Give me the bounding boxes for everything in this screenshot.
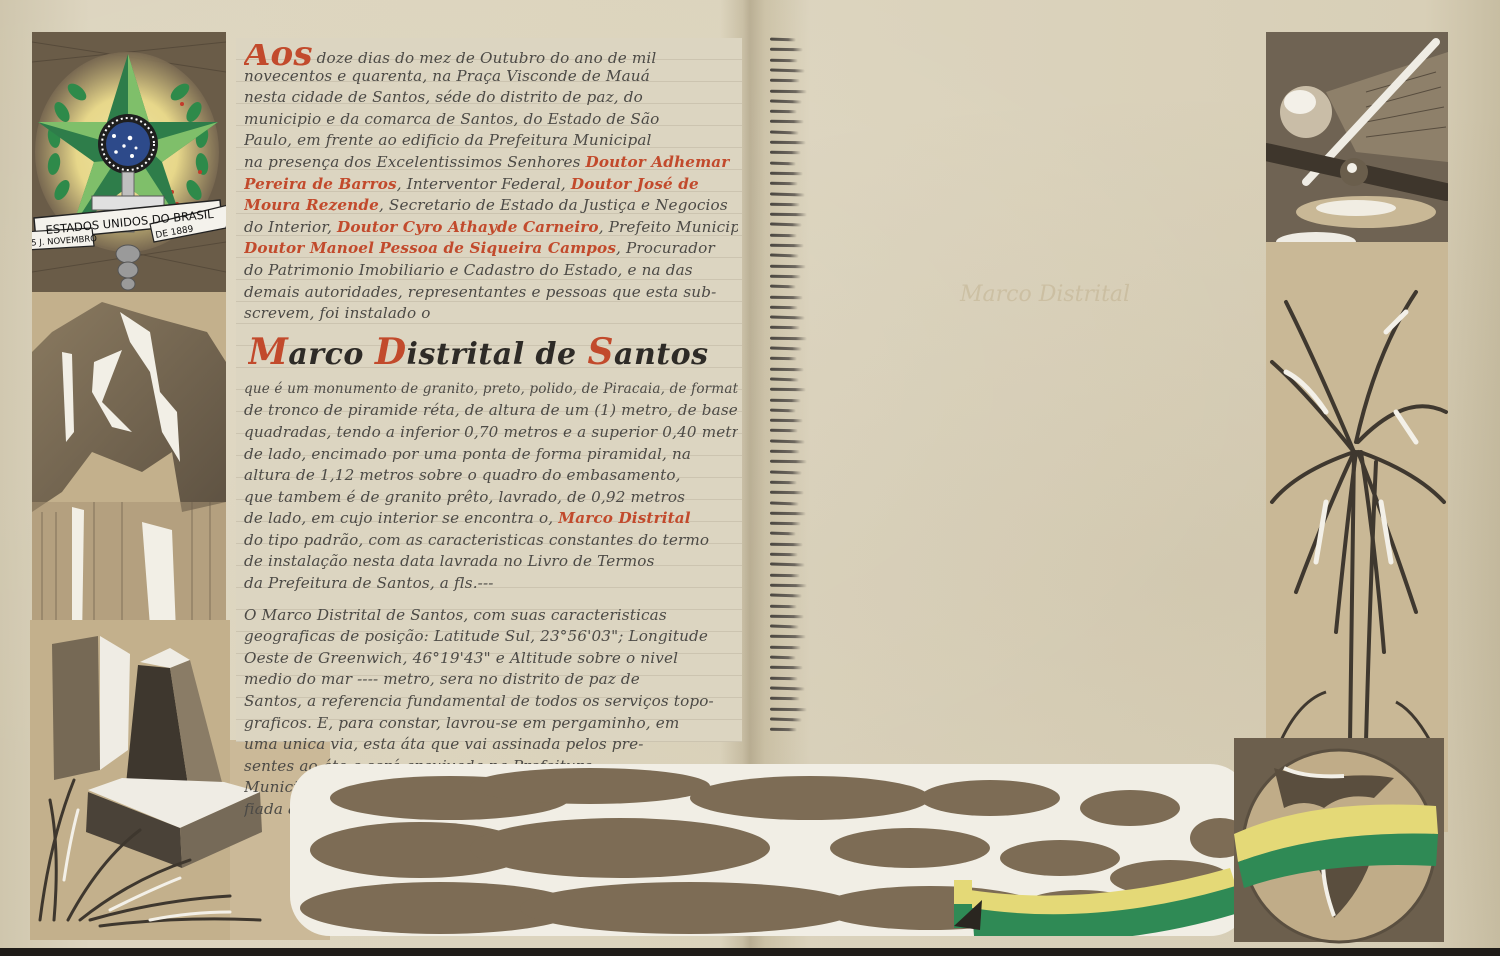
official-name: Moura Rezende xyxy=(244,196,379,214)
spine-hatch-stroke xyxy=(770,563,805,567)
spine-hatch-stroke xyxy=(770,439,805,443)
spine-hatch-stroke xyxy=(770,161,796,165)
spine-hatch-stroke xyxy=(770,388,806,392)
spine-hatch-stroke xyxy=(770,491,804,495)
spine-hatch-stroke xyxy=(770,501,799,505)
spine-hatch-stroke xyxy=(770,408,796,412)
spine-hatch-stroke xyxy=(770,532,796,536)
spine-hatch-stroke xyxy=(770,346,802,350)
official-name: Doutor Manoel Pessoa de Siqueira Campos xyxy=(244,239,616,257)
spine-hatch-stroke xyxy=(770,306,798,309)
spine-hatch-stroke xyxy=(770,594,802,598)
spine-hatch-stroke xyxy=(770,717,802,721)
spine-hatch-stroke xyxy=(770,120,804,124)
spine-hatch-stroke xyxy=(770,470,802,474)
spine-hatch-stroke xyxy=(770,625,799,629)
spine-hatch-stroke xyxy=(770,99,802,103)
spine-hatch-stroke xyxy=(770,697,800,701)
spine-hatch-stroke xyxy=(770,522,801,526)
spine-hatch-stroke xyxy=(770,151,801,155)
spine-hatch-stroke xyxy=(770,192,805,196)
spine-hatch-stroke xyxy=(770,460,807,464)
spine-hatch-stroke xyxy=(770,686,805,690)
spine-hatch-stroke xyxy=(770,645,801,649)
text-line: uma unica via, esta áta que vai assinada… xyxy=(244,734,738,756)
spine-hatch-stroke xyxy=(770,182,798,185)
text-line: Aosdoze dias do mez de Outubro do ano de… xyxy=(244,44,738,66)
spine-hatch-stroke xyxy=(770,336,807,340)
spine-hatch-stroke xyxy=(770,295,803,299)
spine-hatch-stroke xyxy=(770,326,800,330)
official-name: Pereira de Barros xyxy=(244,175,397,193)
spine-hatch-stroke xyxy=(770,511,806,515)
spine-hatch-stroke xyxy=(770,450,800,454)
spine-hatch-stroke xyxy=(770,584,807,588)
right-border-illustration xyxy=(1266,32,1448,832)
text-line: de tronco de piramide réta, de altura de… xyxy=(244,400,738,422)
spine-hatch-stroke xyxy=(770,58,798,61)
spine-hatch-stroke xyxy=(770,676,798,679)
text-line: Doutor Manoel Pessoa de Siqueira Campos,… xyxy=(244,238,738,260)
spine-hatch-stroke xyxy=(770,244,804,248)
spine-hatch-stroke xyxy=(770,68,805,72)
text-line: novecentos e quarenta, na Praça Visconde… xyxy=(244,66,738,88)
spine-hatch-stroke xyxy=(770,223,802,227)
text-line: Pereira de Barros, Interventor Federal, … xyxy=(244,174,738,196)
text-line: na presença dos Excelentissimos Senhores… xyxy=(244,152,738,174)
spine-hatch-stroke xyxy=(770,573,800,577)
text-line: altura de 1,12 metros sobre o quadro do … xyxy=(244,465,738,487)
drop-cap: Aos xyxy=(244,44,313,64)
text-line: municipio e da comarca de Santos, do Est… xyxy=(244,109,738,131)
text-line: de lado, encimado por uma ponta de forma… xyxy=(244,444,738,466)
spine-hatch-stroke xyxy=(770,377,799,381)
spine-hatch-stroke xyxy=(770,38,796,42)
spine-hatch-stroke xyxy=(770,553,798,556)
text-line: geograficas de posição: Latitude Sul, 23… xyxy=(244,626,738,648)
spine-hatching xyxy=(764,38,804,738)
text-line: quadradas, tendo a inferior 0,70 metros … xyxy=(244,422,738,444)
official-name: Doutor Cyro Athayde Carneiro xyxy=(337,218,599,236)
spine-hatch-stroke xyxy=(770,89,807,93)
spine-hatch-stroke xyxy=(770,357,797,360)
spine-hatch-stroke xyxy=(770,615,804,619)
text-page: Aosdoze dias do mez de Outubro do ano de… xyxy=(236,38,742,742)
spine-hatch-stroke xyxy=(770,429,798,432)
spine-hatch-stroke xyxy=(770,213,807,217)
spine-hatch-stroke xyxy=(770,285,796,289)
spine-hatch-stroke xyxy=(770,275,801,279)
text-line: O Marco Distrital de Santos, com suas ca… xyxy=(244,605,738,627)
spine-hatch-stroke xyxy=(770,367,804,371)
spine-hatch-stroke xyxy=(770,398,801,402)
airplane-propeller-icon xyxy=(1266,32,1448,252)
spine-hatch-stroke xyxy=(770,707,807,711)
spine-hatch-stroke xyxy=(770,264,806,268)
document-title: Marco Distrital de Santos xyxy=(248,327,738,377)
text-line: demais autoridades, representantes e pes… xyxy=(244,282,738,304)
text-line: da Prefeitura de Santos, a fls.--- xyxy=(244,573,738,595)
spine-hatch-stroke xyxy=(770,48,803,52)
text-line: Paulo, em frente ao edificio da Prefeitu… xyxy=(244,130,738,152)
sea-waves-illustration xyxy=(290,758,1250,936)
right-illustration-panel xyxy=(1266,32,1448,832)
text-line: Santos, a referencia fundamental de todo… xyxy=(244,691,738,713)
spine-hatch-stroke xyxy=(770,79,800,83)
spine-hatch-stroke xyxy=(770,141,806,145)
text-line: Moura Rezende, Secretario de Estado da J… xyxy=(244,195,738,217)
text-line: do tipo padrão, com as caracteristicas c… xyxy=(244,530,738,552)
document-text: Aosdoze dias do mez de Outubro do ano de… xyxy=(244,44,738,821)
text-line: que tambem é de granito prêto, lavrado, … xyxy=(244,487,738,509)
globe-illustration xyxy=(1234,738,1462,948)
spine-hatch-stroke xyxy=(770,203,800,207)
text-line: do Patrimonio Imobiliario e Cadastro do … xyxy=(244,260,738,282)
spine-hatch-stroke xyxy=(770,315,805,319)
official-name: Doutor Adhemar xyxy=(586,153,730,171)
spine-hatch-stroke xyxy=(770,542,803,546)
sky-disc-icon xyxy=(106,122,150,166)
text-line: graficos. E, para constar, lavrou-se em … xyxy=(244,713,738,735)
spine-hatch-stroke xyxy=(770,666,803,670)
text-line: nesta cidade de Santos, séde do distrito… xyxy=(244,87,738,109)
spine-hatch-stroke xyxy=(770,110,797,113)
spine-hatch-stroke xyxy=(770,604,797,607)
bleed-through-text: Marco Distrital xyxy=(960,282,1130,307)
text-line: de instalação nesta data lavrada no Livr… xyxy=(244,551,738,573)
text-line: que é um monumento de granito, preto, po… xyxy=(244,379,738,401)
spine-hatch-stroke xyxy=(770,130,799,134)
text-line: de lado, em cujo interior se encontra o,… xyxy=(244,508,738,530)
spine-hatch-stroke xyxy=(770,419,803,423)
spine-hatch-stroke xyxy=(770,728,797,731)
page-bottom-edge xyxy=(0,948,1500,956)
text-line: do Interior, Doutor Cyro Athayde Carneir… xyxy=(244,217,738,239)
text-line: medio do mar ---- metro, sera no distrit… xyxy=(244,669,738,691)
marco-distrital-highlight: Marco Distrital xyxy=(558,509,690,527)
spine-hatch-stroke xyxy=(770,635,806,639)
spine-hatch-stroke xyxy=(770,254,799,258)
text-line: Oeste de Greenwich, 46°19'43" e Altitude… xyxy=(244,648,738,670)
spine-hatch-stroke xyxy=(770,172,803,176)
spine-hatch-stroke xyxy=(770,656,796,660)
official-name: Doutor José de xyxy=(571,175,699,193)
spine-hatch-stroke xyxy=(770,481,797,484)
spine-hatch-stroke xyxy=(770,233,797,236)
text-line: screvem, foi instalado o xyxy=(244,303,738,325)
